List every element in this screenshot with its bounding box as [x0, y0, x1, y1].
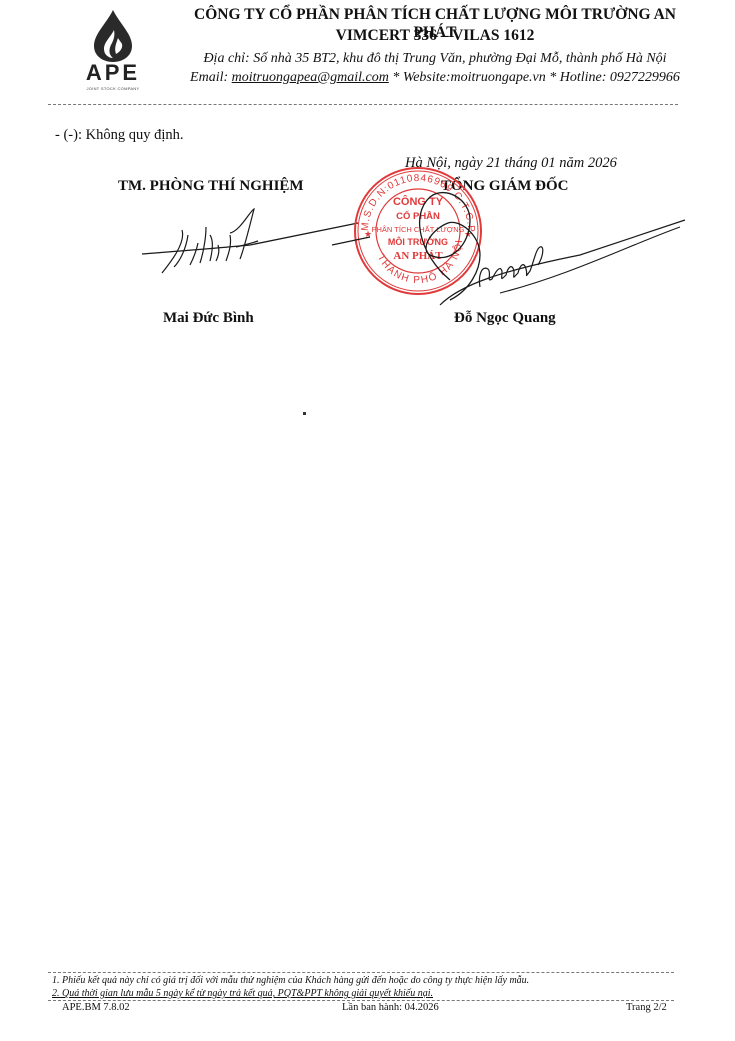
lab-signature-icon [140, 205, 360, 280]
scan-speck [303, 412, 306, 415]
header-divider [48, 104, 678, 105]
legend-note: - (-): Không quy định. [55, 127, 183, 144]
director-signature-icon [330, 175, 690, 315]
lab-signer-name: Mai Đức Bình [163, 310, 254, 327]
certification: VIMCERT 336 – VILAS 1612 [175, 27, 695, 45]
footer-divider-bottom [48, 1000, 674, 1001]
director-signer-name: Đỗ Ngọc Quang [454, 310, 556, 327]
form-code: APE.BM 7.8.02 [62, 1002, 130, 1013]
footer-note-2: 2. Quá thời gian lưu mẫu 5 ngày kể từ ng… [52, 988, 433, 999]
page-number: Trang 2/2 [626, 1002, 667, 1013]
website-hotline: * Website:moitruongape.vn * Hotline: 092… [389, 70, 680, 85]
lab-signature-title: TM. PHÒNG THÍ NGHIỆM [118, 178, 304, 195]
company-logo: APE JOINT STOCK COMPANY [68, 8, 158, 93]
logo-subtext: JOINT STOCK COMPANY [68, 86, 158, 91]
email-link[interactable]: moitruongapea@gmail.com [232, 70, 389, 85]
edition: Lần ban hành: 04.2026 [342, 1002, 439, 1013]
footer-note-1: 1. Phiếu kết quả này chỉ có giá trị đối … [52, 975, 529, 986]
company-contact: Email: moitruongapea@gmail.com * Website… [175, 70, 695, 86]
water-drop-icon [68, 8, 158, 63]
email-label: Email: [190, 70, 232, 85]
company-address: Địa chỉ: Số nhà 35 BT2, khu đô thị Trung… [175, 51, 695, 67]
footer-divider-top [48, 972, 674, 973]
logo-text: APE [68, 60, 158, 86]
